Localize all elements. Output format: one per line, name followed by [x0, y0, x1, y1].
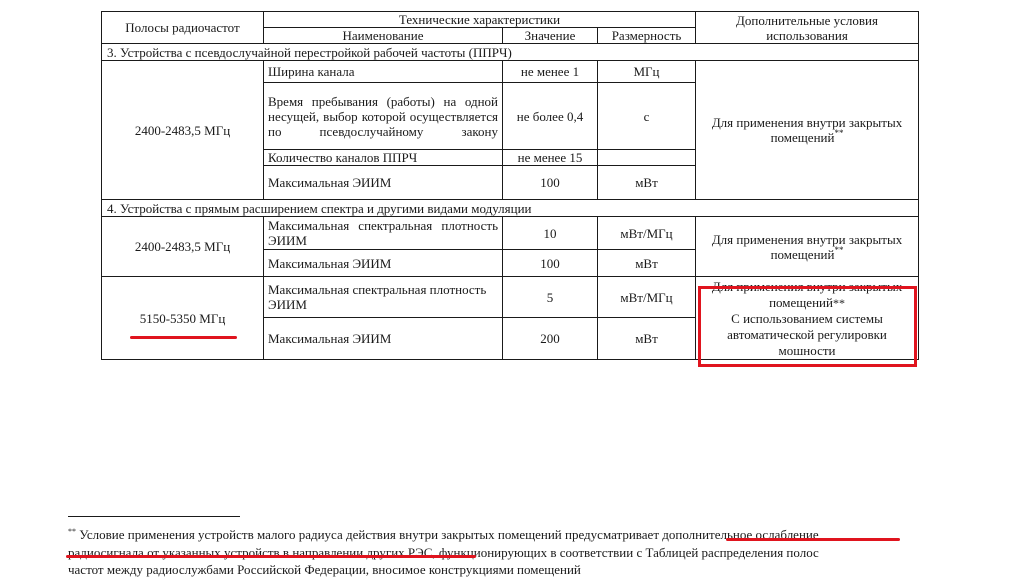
param-name: Максимальная ЭИИМ [264, 318, 503, 360]
footnote-ref: ** [834, 245, 843, 255]
footnote-line-3: частот между радиослужбами Российской Фе… [68, 561, 904, 579]
param-unit: мВт [598, 318, 696, 360]
footnote: ** Условие применения устройств малого р… [68, 523, 904, 579]
band-underline-annotation [130, 336, 237, 339]
param-value: не менее 15 [503, 150, 598, 166]
condition-cell: Для применения внутри закрытых помещений… [696, 61, 919, 200]
param-value: не более 0,4 [503, 83, 598, 150]
footnote-separator [68, 516, 240, 517]
footnote-underline-annotation [66, 555, 476, 558]
param-value: не менее 1 [503, 61, 598, 83]
param-unit: с [598, 83, 696, 150]
param-value: 10 [503, 217, 598, 250]
band-cell: 2400-2483,5 МГц [102, 61, 264, 200]
condition-highlight-box [698, 286, 917, 367]
section-title: 3. Устройства с псевдослучайной перестро… [102, 44, 919, 61]
footnote-line-2: радиосигнала от указанных устройств в на… [68, 544, 904, 562]
header-band: Полосы радиочастот [102, 12, 264, 44]
band-cell: 2400-2483,5 МГц [102, 217, 264, 277]
band-cell-highlighted: 5150-5350 МГц [102, 277, 264, 360]
section-title: 4. Устройства с прямым расширением спект… [102, 200, 919, 217]
param-unit [598, 150, 696, 166]
param-name: Время пребывания (работы) на одной несущ… [264, 83, 503, 150]
document-page: Полосы радиочастот Технические характери… [0, 0, 1009, 584]
param-name: Максимальная ЭИИМ [264, 250, 503, 277]
param-unit: мВт/МГц [598, 277, 696, 318]
param-value: 200 [503, 318, 598, 360]
param-unit: МГц [598, 61, 696, 83]
param-value: 100 [503, 166, 598, 200]
condition-cell: Для применения внутри закрытых помещений… [696, 217, 919, 277]
param-unit: мВт [598, 250, 696, 277]
param-value: 100 [503, 250, 598, 277]
condition-text: Для применения внутри закрытых помещений [712, 115, 902, 145]
header-unit: Размерность [598, 28, 696, 44]
footnote-underline-annotation [726, 538, 900, 541]
header-value: Значение [503, 28, 598, 44]
param-name: Максимальная ЭИИМ [264, 166, 503, 200]
condition-text: Для применения внутри закрытых помещений [712, 232, 902, 262]
param-name: Максимальная спектральная плотность ЭИИМ [264, 277, 503, 318]
param-name: Ширина канала [264, 61, 503, 83]
param-unit: мВт [598, 166, 696, 200]
header-name: Наименование [264, 28, 503, 44]
param-value: 5 [503, 277, 598, 318]
header-extra: Дополнительные условия использования [696, 12, 919, 44]
param-unit: мВт/МГц [598, 217, 696, 250]
footnote-ref: ** [834, 128, 843, 138]
footnote-mark: ** [68, 527, 76, 536]
header-tech: Технические характеристики [264, 12, 696, 28]
param-name: Максимальная спектральная плотность ЭИИМ [264, 217, 503, 250]
param-name: Количество каналов ППРЧ [264, 150, 503, 166]
